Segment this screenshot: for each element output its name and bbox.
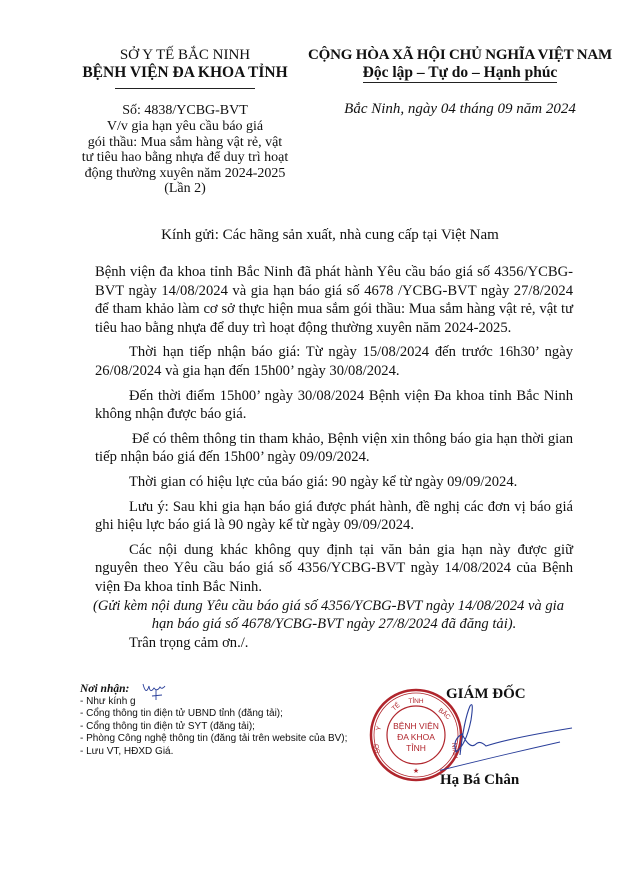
director-signature-icon: [440, 700, 580, 780]
svg-text:TỈNH: TỈNH: [408, 696, 423, 705]
signatory-title: GIÁM ĐỐC: [446, 686, 526, 703]
initial-signature-icon: [140, 680, 168, 702]
place-date: Bắc Ninh, ngày 04 tháng 09 năm 2024: [302, 100, 618, 118]
national-title: CỘNG HÒA XÃ HỘI CHỦ NGHĨA VIỆT NAM: [302, 46, 618, 64]
svg-text:★: ★: [413, 767, 419, 775]
recipient-line: Kính gửi: Các hãng sản xuất, nhà cung cấ…: [90, 226, 570, 244]
paragraph-note: Lưu ý: Sau khi gia hạn báo giá được phát…: [95, 498, 573, 535]
paragraph-intro: Bệnh viện đa khoa tỉnh Bắc Ninh đã phát …: [95, 263, 573, 337]
header-divider: [115, 88, 255, 89]
paragraph-deadline: Thời hạn tiếp nhận báo giá: Từ ngày 15/0…: [95, 343, 573, 380]
recipients-block: Nơi nhận: - Như kính g - Cổng thông tin …: [80, 683, 390, 759]
agency-name: SỞ Y TẾ BẮC NINH: [62, 46, 308, 64]
paragraph-extension: Để có thêm thông tin tham khảo, Bệnh việ…: [95, 430, 573, 467]
subject-line: tư tiêu hao bằng nhựa để duy trì hoạt: [62, 150, 308, 166]
recipient-item: - Như kính g: [80, 696, 390, 709]
paragraph-other: Các nội dung khác không quy định tại văn…: [95, 541, 573, 597]
subject-line: động thường xuyên năm 2024-2025: [62, 166, 308, 182]
subject-line: gói thầu: Mua sắm hàng vật rẻ, vật: [62, 135, 308, 151]
recipient-item: - Cổng thông tin điện tử SYT (đăng tải);: [80, 721, 390, 734]
svg-text:Y: Y: [375, 725, 383, 732]
recipients-title: Nơi nhận:: [80, 683, 390, 696]
header-left: SỞ Y TẾ BẮC NINH BỆNH VIỆN ĐA KHOA TỈNH …: [62, 46, 308, 197]
subject-line: (Lần 2): [62, 181, 308, 197]
recipient-item: - Cổng thông tin điện tử UBND tỉnh (đăng…: [80, 708, 390, 721]
svg-text:TỈNH: TỈNH: [406, 742, 426, 753]
document-number: Số: 4838/YCBG-BVT: [62, 103, 308, 119]
document-body: Bệnh viện đa khoa tỉnh Bắc Ninh đã phát …: [95, 263, 573, 652]
national-motto: Độc lập – Tự do – Hạnh phúc: [302, 64, 618, 82]
paragraph-status: Đến thời điểm 15h00’ ngày 30/08/2024 Bện…: [95, 387, 573, 424]
header-right: CỘNG HÒA XÃ HỘI CHỦ NGHĨA VIỆT NAM Độc l…: [302, 46, 618, 118]
paragraph-validity: Thời gian có hiệu lực của báo giá: 90 ng…: [95, 473, 573, 492]
organization-name: BỆNH VIỆN ĐA KHOA TỈNH: [62, 64, 308, 82]
subject-line: V/v gia hạn yêu cầu báo giá: [62, 119, 308, 135]
closing-line: Trân trọng cảm ơn./.: [95, 634, 573, 653]
attachment-line: (Gửi kèm nội dung Yêu cầu báo giá số 435…: [93, 597, 573, 616]
recipient-item: - Phòng Công nghệ thông tin (đăng tải tr…: [80, 733, 390, 746]
attachment-line: hạn báo giá số 4678/YCBG-BVT ngày 27/8/2…: [95, 615, 573, 634]
recipient-item: - Lưu VT, HĐXD Giá.: [80, 746, 390, 759]
svg-text:BỆNH VIỆN: BỆNH VIỆN: [393, 721, 439, 731]
svg-text:ĐA KHOA: ĐA KHOA: [397, 732, 435, 742]
signatory-name: Hạ Bá Chân: [440, 772, 519, 789]
